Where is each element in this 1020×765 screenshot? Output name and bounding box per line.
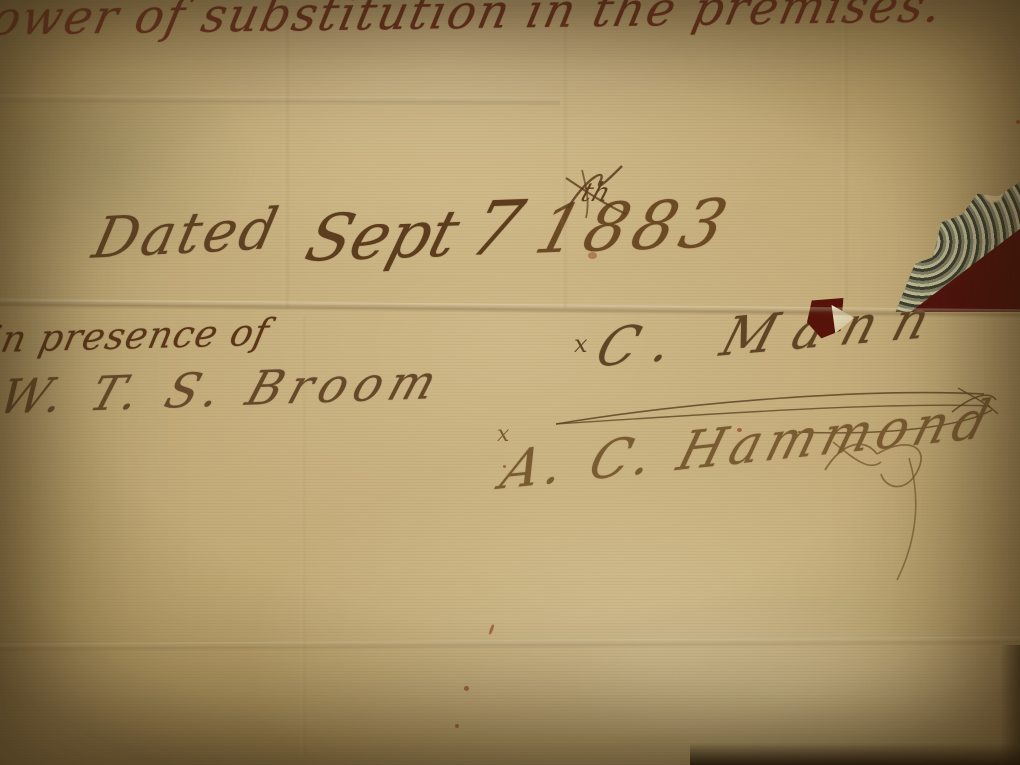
witness-label: in presence of — [0, 311, 274, 362]
crease-vertical-1 — [283, 0, 290, 308]
stain — [464, 686, 469, 691]
flourish-icon — [556, 164, 636, 224]
signature-2-mark: x — [497, 422, 509, 447]
camera-glare — [560, 600, 1020, 765]
witness-signature: W. T. S. Broom — [0, 355, 451, 426]
date-month: Sept — [298, 197, 468, 277]
stain — [503, 465, 506, 468]
handwritten-date: Sept 7 1883 — [297, 177, 743, 279]
photo-edge-shadow-right — [1000, 645, 1020, 765]
signature-2-flourish — [815, 428, 955, 588]
date-superscript: th — [556, 164, 636, 224]
photo-of-document: power of substitution in the premises. D… — [0, 0, 1020, 765]
stain — [1016, 120, 1020, 124]
printed-top-line: power of substitution in the premises. — [0, 0, 949, 47]
signature-1: C. Mann — [589, 288, 955, 380]
stain — [455, 724, 459, 728]
stain — [588, 252, 597, 259]
photo-edge-shadow-bottom — [690, 743, 1020, 765]
stain — [488, 624, 495, 635]
crease-vertical-3 — [842, 0, 849, 300]
signature-1-mark: x — [574, 330, 588, 358]
date-day: 7 — [460, 185, 532, 274]
stain — [737, 428, 742, 432]
dated-label: Dated — [87, 196, 287, 272]
